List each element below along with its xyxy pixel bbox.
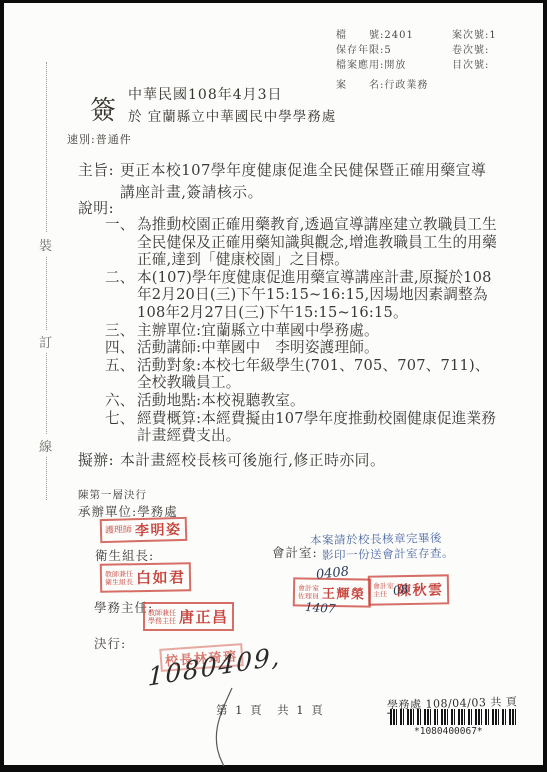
case-name: 案 名:行政業務	[336, 78, 428, 93]
nurse-stamp-prefix: 護理師	[105, 526, 132, 535]
proposal-label: 擬辦:	[78, 450, 120, 472]
nurse-stamp: 護理師 李明姿	[100, 517, 187, 543]
filing-header-right: 案次號:1 卷次號: 目次號:	[452, 28, 497, 73]
item-marker: 三、	[105, 322, 137, 340]
page-number: 第 1 頁 共 1 頁	[216, 702, 325, 718]
item-text: 經費概算:本經費擬由107學年度推動校園健康促進業務計畫經費支出。	[137, 410, 503, 445]
item-marker: 一、	[105, 216, 137, 269]
file-access: 檔案應用:開放	[336, 58, 414, 73]
item-text: 活動對象:本校七年級學生(701、705、707、711)、全校教職員工。	[137, 357, 503, 392]
director-stamp: 教師兼任 學務主任 唐正昌	[143, 602, 234, 631]
proposal-text: 本計畫經校長核可後施行,修正時亦同。	[120, 450, 503, 472]
accounting-clerk-stamp-prefix: 會計室 佐理員	[298, 584, 319, 600]
proposal-section: 擬辦: 本計畫經校長核可後施行,修正時亦同。	[78, 450, 503, 472]
item-marker: 四、	[105, 339, 137, 357]
explanation-item-2: 二、 本(107)學年度健康促進用藥宣導講座計畫,原擬於108年2月20日(三)…	[105, 269, 503, 322]
retention-years: 保存年限:5	[336, 43, 414, 58]
subject-text: 更正本校107學年度健康促進全民健保暨正確用藥宣導講座計畫,簽請核示。	[120, 160, 500, 204]
scanned-document-page: 檔 號:2401 保存年限:5 檔案應用:開放 案次號:1 卷次號: 目次號: …	[0, 0, 547, 772]
binding-char-xian: 線	[39, 434, 52, 457]
doc-org: 於 宜蘭縣立中華國民中學學務處	[128, 105, 336, 125]
scan-edge-bottom	[0, 765, 547, 772]
explanation-item-4: 四、 活動講師:中華國中 李明姿護理師。	[105, 339, 503, 357]
health-chief-stamp-prefix: 教師兼任 衛生組長	[105, 570, 133, 586]
case-sequence-number: 案次號:1	[452, 28, 497, 43]
explanation-item-7: 七、 經費概算:本經費擬由107學年度推動校園健康促進業務計畫經費支出。	[105, 410, 503, 445]
scan-edge-top	[0, 0, 547, 3]
doc-date: 中華民國108年4月3日	[128, 84, 283, 104]
explanation-item-5: 五、 活動對象:本校七年級學生(701、705、707、711)、全校教職員工。	[105, 357, 503, 392]
item-text: 本(107)學年度健康促進用藥宣導講座計畫,原擬於108年2月20日(三)下午1…	[137, 269, 503, 322]
stamp-prefix-line: 教師兼任	[148, 609, 176, 617]
subject-section: 主旨: 更正本校107學年度健康促進全民健保暨正確用藥宣導講座計畫,簽請核示。	[78, 160, 500, 204]
clerk-handwritten-time: 1407	[305, 600, 336, 616]
health-chief-stamp: 教師兼任 衛生組長 白如君	[100, 562, 191, 593]
accounting-note-line2: 影印一份送會計室存查。	[322, 545, 454, 563]
item-text: 活動講師:中華國中 李明姿護理師。	[137, 339, 503, 357]
item-marker: 二、	[105, 269, 137, 322]
final-decision-label: 決行:	[94, 634, 126, 652]
stamp-prefix-line: 衛生組長	[105, 578, 133, 586]
first-level-decision: 陳第一層決行	[78, 487, 147, 502]
doc-type-char: 簽	[90, 90, 116, 127]
binding-char-ding: 訂	[39, 330, 52, 353]
scan-edge-right	[543, 0, 547, 772]
speed-class: 速別:普通件	[67, 131, 132, 147]
scan-crease-line	[192, 686, 244, 768]
item-text: 為推動校園正確用藥教育,透過宣導講座建立教職員工生全民健保及正確用藥知識與觀念,…	[137, 216, 503, 269]
item-marker: 六、	[105, 392, 137, 410]
director-stamp-prefix: 教師兼任 學務主任	[148, 609, 176, 625]
explanation-item-3: 三、 主辦單位:宜蘭縣立中華國中學務處。	[105, 322, 503, 340]
barcode	[390, 709, 518, 725]
item-marker: 七、	[105, 410, 137, 445]
stamp-prefix-line: 主任	[373, 590, 394, 598]
chief-handwritten-mark: 08	[392, 582, 409, 598]
director-stamp-name: 唐正昌	[179, 606, 229, 627]
volume-number: 卷次號:	[452, 43, 497, 58]
stamp-prefix-line: 學務主任	[148, 617, 176, 625]
barcode-number: *1080400067*	[414, 726, 483, 737]
item-marker: 五、	[105, 357, 137, 392]
filing-header-left: 檔 號:2401 保存年限:5 檔案應用:開放	[336, 28, 414, 73]
binding-char-zhuang: 裝	[39, 233, 52, 256]
item-text: 主辦單位:宜蘭縣立中華國中學務處。	[137, 322, 503, 340]
stamp-prefix-line: 佐理員	[298, 592, 319, 600]
nurse-stamp-name: 李明姿	[135, 519, 182, 540]
file-number: 檔 號:2401	[336, 28, 414, 43]
accounting-chief-stamp-prefix: 會計室 主任	[373, 582, 394, 598]
item-number: 目次號:	[452, 58, 497, 73]
item-text: 活動地點:本校視聽教室。	[137, 392, 503, 410]
health-section-chief-label: 衛生組長:	[95, 546, 154, 564]
scan-edge-left	[0, 0, 4, 772]
health-chief-stamp-name: 白如君	[136, 566, 186, 588]
explanation-item-1: 一、 為推動校園正確用藥教育,透過宣導講座建立教職員工生全民健保及正確用藥知識與…	[105, 216, 503, 269]
explanation-item-6: 六、 活動地點:本校視聽教室。	[105, 392, 503, 410]
explanation-list: 一、 為推動校園正確用藥教育,透過宣導講座建立教職員工生全民健保及正確用藥知識與…	[105, 216, 503, 445]
accounting-clerk-stamp-name: 王輝榮	[322, 583, 366, 603]
